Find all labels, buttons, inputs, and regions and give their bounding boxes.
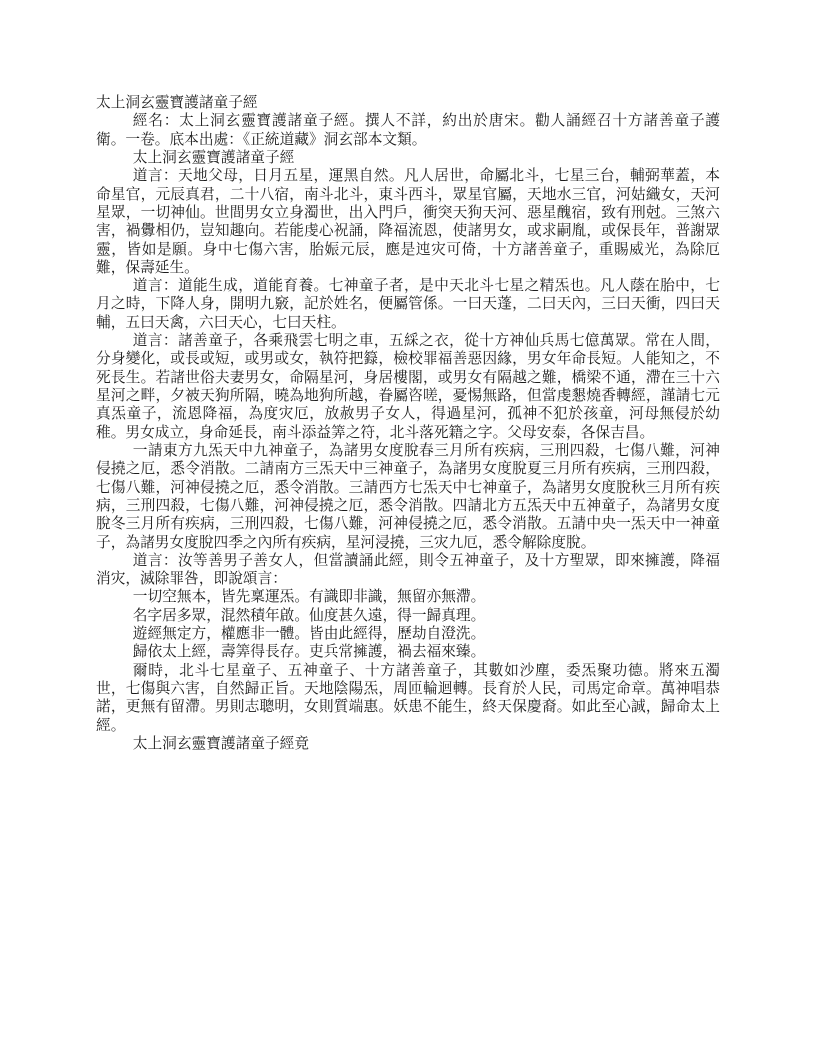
verse-line-1: 一切空無本，皆先稟運炁。有識即非識，無留亦無滯。 xyxy=(96,588,720,606)
daoyan-paragraph-4: 道言：汝等善男子善女人，但當讀誦此經，則令五神童子，及十方聖眾，即來擁護，降福消… xyxy=(96,552,720,589)
verse-line-4: 歸依太上經，壽筭得長存。吏兵常擁護，禍去福來臻。 xyxy=(96,643,720,661)
document-page: 太上洞玄靈寶護諸童子經 經名：太上洞玄靈寶護諸童子經。撰人不詳，約出於唐宋。勸人… xyxy=(0,0,816,1056)
verse-line-2: 名字居多眾，混然積年啟。仙度甚久遠，得一歸真理。 xyxy=(96,607,720,625)
daoyan-paragraph-2: 道言：道能生成，道能育養。七神童子者，是中天北斗七星之精炁也。凡人蔭在胎中，七月… xyxy=(96,277,720,332)
bibliographic-note: 經名：太上洞玄靈寶護諸童子經。撰人不詳，約出於唐宋。勸人誦經召十方諸善童子護衛。… xyxy=(96,112,720,149)
verse-line-3: 遊經無定方，權應非一體。皆由此經得，歷劫自澄洗。 xyxy=(96,625,720,643)
daoyan-paragraph-3: 道言：諸善童子，各乘飛雲七明之車，五綵之衣，從十方神仙兵馬七億萬眾。常在人間，分… xyxy=(96,332,720,442)
five-invocations-paragraph: 一請東方九炁天中九神童子，為諸男女度脫春三月所有疾病，三刑四殺，七傷八難，河神侵… xyxy=(96,442,720,552)
closing-paragraph: 爾時，北斗七星童子、五神童子、十方諸善童子，其數如沙塵，委炁聚功德。將來五濁世，… xyxy=(96,662,720,735)
doc-title: 太上洞玄靈寶護諸童子經 xyxy=(96,94,720,112)
scripture-heading: 太上洞玄靈寶護諸童子經 xyxy=(96,149,720,167)
daoyan-paragraph-1: 道言：天地父母，日月五星，運黑自然。凡人居世，命屬北斗，七星三台，輔弼華蓋，本命… xyxy=(96,167,720,277)
end-title: 太上洞玄靈寶護諸童子經竟 xyxy=(96,735,720,753)
